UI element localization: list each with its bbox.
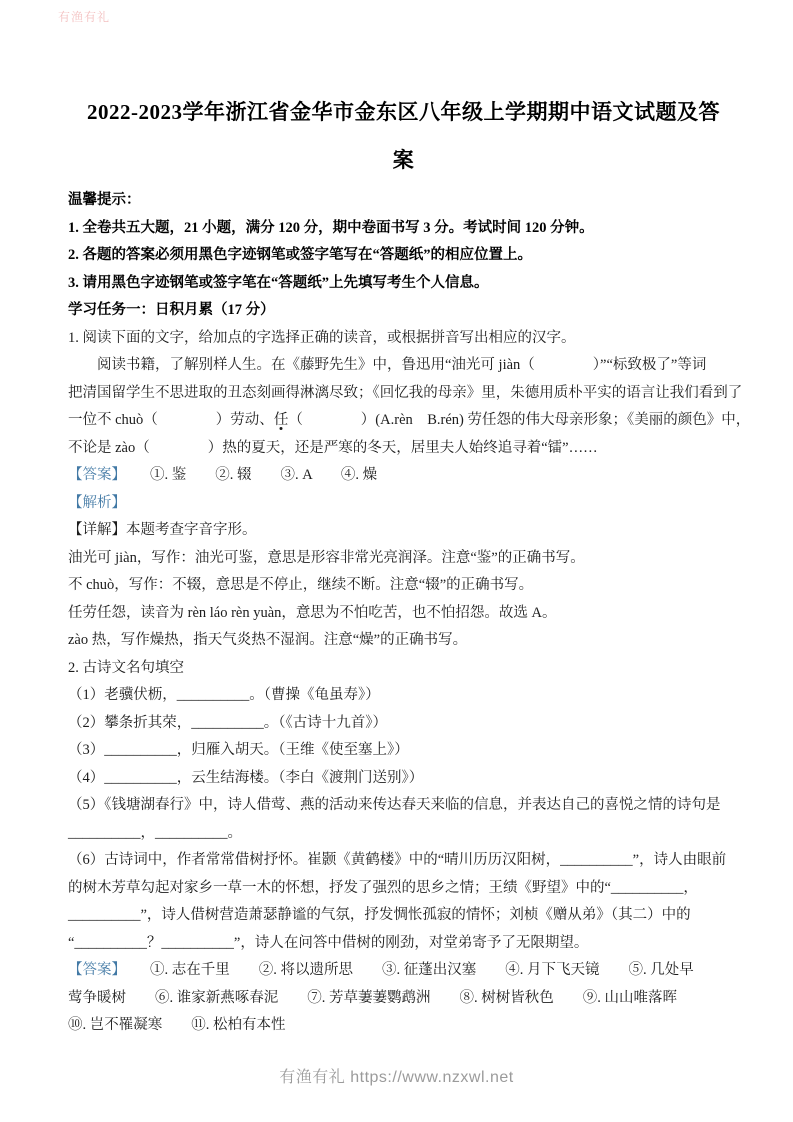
answer1-line: 【答案】①. 鉴 ②. 辍 ③. A ④. 燥 [68,462,739,490]
q2-item-6-line3: __________”，诗人借树营造萧瑟静谧的气氛，抒发惆怅孤寂的情怀；刘桢《赠… [68,902,739,930]
document-page: 有渔有礼 2022-2023学年浙江省金华市金东区八年级上学期期中语文试题及答 … [0,0,793,1122]
tip-item-1: 1. 全卷共五大题，21 小题，满分 120 分，期中卷面书写 3 分。考试时间… [68,215,739,243]
document-body: 温馨提示： 1. 全卷共五大题，21 小题，满分 120 分，期中卷面书写 3 … [68,187,739,1040]
q2-item-2: （2）攀条折其荣，__________。（《古诗十九首》） [68,710,739,738]
answer2-line1: 【答案】①. 志在千里 ②. 将以遗所思 ③. 征蓬出汉塞 ④. 月下飞天镜 ⑤… [68,957,739,985]
analysis-line: 【解析】 [68,490,739,518]
tip-item-2: 2. 各题的答案必须用黑色字迹钢笔或签字笔写在“答题纸”的相应位置上。 [68,242,739,270]
detail-line-4: 任劳任怨，读音为 rèn láo rèn yuàn，意思为不怕吃苦，也不怕招怨。… [68,600,739,628]
page-footer: 有渔有礼 https://www.nzxwl.net [0,1064,793,1087]
q2-item-5-line2: __________，__________。 [68,820,739,848]
q1-paragraph-line1: 阅读书籍，了解别样人生。在《藤野先生》中，鲁迅用“油光可 jiàn（ ）”“标致… [68,352,739,380]
analysis-tag: 【解析】 [68,495,126,511]
answer-tag: 【答案】 [68,962,126,978]
q2-item-6-line1: （6）古诗词中，作者常常借树抒怀。崔颢《黄鹤楼》中的“晴川历历汉阳树，_____… [68,847,739,875]
page-title-line2: 案 [68,136,739,184]
detail-line-1: 【详解】本题考查字音字形。 [68,517,739,545]
answer2-content-line1: ①. 志在千里 ②. 将以遗所思 ③. 征蓬出汉塞 ④. 月下飞天镜 ⑤. 几处… [150,962,694,978]
answer1-content: ①. 鉴 ②. 辍 ③. A ④. 燥 [150,467,377,483]
detail-line-2: 油光可 jiàn，写作：油光可鉴，意思是形容非常光亮润泽。注意“鉴”的正确书写。 [68,545,739,573]
q2-item-5-line1: （5）《钱塘湖春行》中，诗人借莺、燕的活动来传达春天来临的信息，并表达自己的喜悦… [68,792,739,820]
q2-stem: 2. 古诗文名句填空 [68,655,739,683]
answer-tag: 【答案】 [68,467,126,483]
emphasis-dotted-char: 任 [274,412,289,428]
q2-item-3: （3）__________，归雁入胡天。（王维《使至塞上》） [68,737,739,765]
top-watermark: 有渔有礼 [58,8,110,25]
tip-item-3: 3. 请用黑色字迹钢笔或签字笔在“答题纸”上先填写考生个人信息。 [68,270,739,298]
q1-line3-post: （ ）(A.rèn B.rén) 劳任怨的伟大母亲形象；《美丽的颜色》中， [288,412,750,428]
q2-item-1: （1）老骥伏枥，__________。（曹操《龟虽寿》） [68,682,739,710]
answer2-line2: 莺争暖树 ⑥. 谁家新燕啄春泥 ⑦. 芳草萋萋鹦鹉洲 ⑧. 树树皆秋色 ⑨. 山… [68,985,739,1013]
q2-item-6-line2: 的树木芳草勾起对家乡一草一木的怀想，抒发了强烈的思乡之情；王绩《野望》中的“__… [68,875,739,903]
footer-site-link[interactable]: 有渔有礼 https://www.nzxwl.net [279,1069,513,1086]
q1-paragraph-line2: 把清国留学生不思进取的丑态刻画得淋漓尽致；《回忆我的母亲》里，朱德用质朴平实的语… [68,380,739,408]
tips-heading: 温馨提示： [68,187,739,215]
q2-item-6-line4: “__________？__________”，诗人在问答中借树的刚劲，对堂弟寄… [68,930,739,958]
task-section-heading: 学习任务一：日积月累（17 分） [68,297,739,325]
q2-item-4: （4）__________，云生结海楼。（李白《渡荆门送别》） [68,765,739,793]
detail-line-3: 不 chuò，写作：不辍，意思是不停止，继续不断。注意“辍”的正确书写。 [68,572,739,600]
page-title: 2022-2023学年浙江省金华市金东区八年级上学期期中语文试题及答 案 [68,88,739,184]
q1-paragraph-line3: 一位不 chuò（ ）劳动、任（ ）(A.rèn B.rén) 劳任怨的伟大母亲… [68,407,739,435]
q1-paragraph-line4: 不论是 zào（ ）热的夏天，还是严寒的冬天，居里夫人始终追寻着“镭”…… [68,435,739,463]
q1-stem: 1. 阅读下面的文字，给加点的字选择正确的读音，或根据拼音写出相应的汉字。 [68,325,739,353]
answer2-line3: ⑩. 岂不罹凝寒 ⑪. 松柏有本性 [68,1012,739,1040]
q1-line3-pre: 一位不 chuò（ ）劳动、 [68,412,274,428]
page-title-line1: 2022-2023学年浙江省金华市金东区八年级上学期期中语文试题及答 [68,88,739,136]
detail-line-5: zào 热，写作燥热，指天气炎热不湿润。注意“燥”的正确书写。 [68,627,739,655]
